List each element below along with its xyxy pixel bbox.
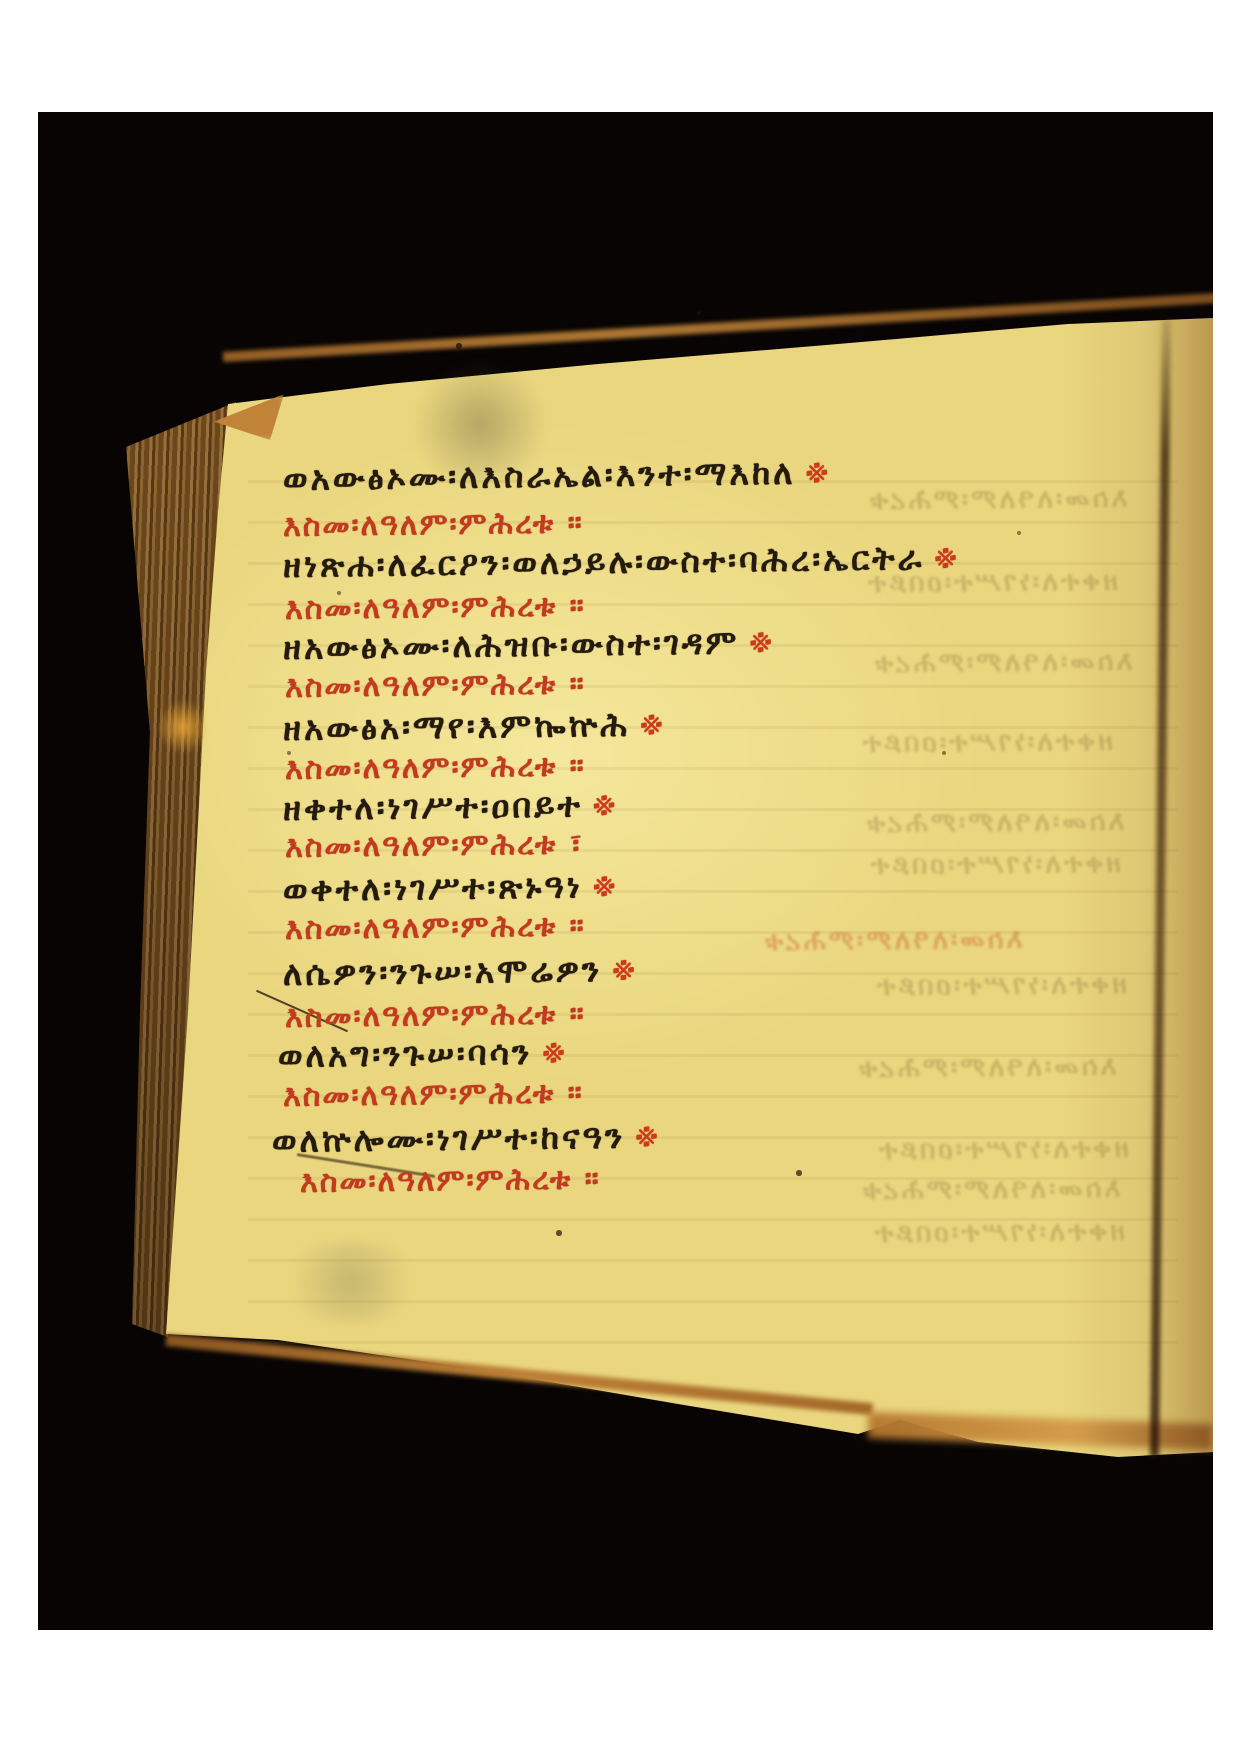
bleed-through-line: ዘቀተለ፡ነገሥተ፡ዐበይተ bbox=[872, 1216, 1125, 1250]
bleed-through-line: እስመ፡ለዓለም፡ምሕረቱ bbox=[864, 806, 1125, 840]
section-cross-mark: ፠ bbox=[583, 785, 619, 824]
section-cross-mark: ፠ bbox=[532, 1032, 568, 1071]
section-cross-mark: ፠ bbox=[795, 452, 831, 491]
line-text: ዘአውፅአ፡ማየ፡እምኰኵሕ bbox=[283, 705, 631, 748]
line-text: እስመ፡ለዓለም፡ምሕረቱ ። bbox=[285, 996, 586, 1035]
bleed-through-line: ዘቀተለ፡ነገሥተ፡ዐበይተ bbox=[876, 1133, 1129, 1167]
stain bbox=[160, 697, 206, 757]
text-line: ዘአውፅአ፡ማየ፡እምኰኵሕ፠ bbox=[283, 707, 666, 746]
text-line: እስመ፡ለዓለም፡ምሕረቱ ፣ bbox=[285, 828, 584, 863]
line-text: እስመ፡ለዓለም፡ምሕረቱ ። bbox=[283, 505, 584, 544]
text-line: ዘቀተለ፡ነገሥተ፡ዐበይተ፠ bbox=[283, 788, 619, 827]
stain bbox=[276, 1242, 426, 1322]
line-text: እስመ፡ለዓለም፡ምሕረቱ ። bbox=[285, 748, 586, 787]
text-line: ወአውፅኦሙ፡ለእስራኤል፡እንተ፡ማእከለ፠ bbox=[283, 455, 832, 496]
text-line: እስመ፡ለዓለም፡ምሕረቱ ። bbox=[285, 750, 586, 785]
line-text: ለሴዎን፡ንጉሠ፡አሞሬዎን bbox=[283, 950, 603, 993]
text-line: እስመ፡ለዓለም፡ምሕረቱ ። bbox=[285, 668, 586, 703]
section-cross-mark: ፠ bbox=[583, 866, 619, 905]
bleed-through-line: እስመ፡ለዓለም፡ምሕረቱ bbox=[867, 483, 1128, 517]
line-text: እስመ፡ለዓለም፡ምሕረቱ ። bbox=[283, 1075, 584, 1114]
section-cross-mark: ፠ bbox=[602, 950, 638, 989]
text-line: ዘአውፅኦሙ፡ለሕዝቡ፡ውስተ፡ገዳም፠ bbox=[283, 625, 775, 666]
section-cross-mark: ፠ bbox=[739, 622, 775, 661]
screenshot-canvas: እስመ፡ለዓለም፡ምሕረቱ ዘቀተለ፡ነገሥተ፡ዐበይተ እስመ፡ለዓለም፡ምሕ… bbox=[0, 0, 1238, 1753]
line-text: ዘአውፅኦሙ፡ለሕዝቡ፡ውስተ፡ገዳም bbox=[283, 622, 740, 667]
text-line: እስመ፡ለዓለም፡ምሕረቱ ። bbox=[300, 1163, 601, 1198]
bleed-through-line: እስመ፡ለዓለም፡ምሕረቱ bbox=[872, 646, 1133, 680]
bleed-through-line: እስመ፡ለዓለም፡ምሕረቱ bbox=[860, 1173, 1121, 1207]
line-text: ወለኵሎሙ፡ነገሥተ፡ከናዓን bbox=[272, 1117, 626, 1160]
bleed-through-line: እስመ፡ለዓለም፡ምሕረቱ bbox=[762, 924, 1023, 958]
text-line: ዘነጽሐ፡ለፈርዖን፡ወለኃይሉ፡ውስተ፡ባሕረ፡ኤርትራ፠ bbox=[283, 541, 960, 584]
line-text: ዘነጽሐ፡ለፈርዖን፡ወለኃይሉ፡ውስተ፡ባሕረ፡ኤርትራ bbox=[283, 538, 925, 585]
text-line: ወቀተለ፡ነገሥተ፡ጽኑዓነ፠ bbox=[283, 869, 619, 908]
text-line: ለሴዎን፡ንጉሠ፡አሞሬዎን፠ bbox=[283, 953, 638, 992]
text-line: እስመ፡ለዓለም፡ምሕረቱ ። bbox=[283, 507, 584, 542]
bleed-through-line: ዘቀተለ፡ነገሥተ፡ዐበይተ bbox=[860, 726, 1113, 760]
text-line: ወለኵሎሙ፡ነገሥተ፡ከናዓን፠ bbox=[272, 1119, 661, 1158]
section-cross-mark: ፠ bbox=[625, 1116, 661, 1155]
text-line: እስመ፡ለዓለም፡ምሕረቱ ። bbox=[285, 910, 586, 945]
bleed-through-line: ዘቀተለ፡ነገሥተ፡ዐበይተ bbox=[868, 848, 1121, 882]
line-text: እስመ፡ለዓለም፡ምሕረቱ ። bbox=[285, 908, 586, 947]
line-text: እስመ፡ለዓለም፡ምሕረቱ ፣ bbox=[285, 826, 584, 865]
line-text: እስመ፡ለዓለም፡ምሕረቱ ። bbox=[285, 588, 586, 627]
text-line: እስመ፡ለዓለም፡ምሕረቱ ። bbox=[283, 1077, 584, 1112]
section-cross-mark: ፠ bbox=[630, 704, 666, 743]
text-line: እስመ፡ለዓለም፡ምሕረቱ ። bbox=[285, 590, 586, 625]
line-text: ዘቀተለ፡ነገሥተ፡ዐበይተ bbox=[283, 785, 583, 828]
line-text: እስመ፡ለዓለም፡ምሕረቱ ። bbox=[285, 666, 586, 705]
line-text: ወለአግ፡ንጉሠ፡ባሳን bbox=[278, 1033, 533, 1075]
line-text: ወአውፅኦሙ፡ለእስራኤል፡እንተ፡ማእከለ bbox=[283, 453, 796, 498]
section-cross-mark: ፠ bbox=[924, 538, 960, 577]
bleed-through-line: ዘቀተለ፡ነገሥተ፡ዐበይተ bbox=[874, 969, 1127, 1003]
text-line: ወለአግ፡ንጉሠ፡ባሳን፠ bbox=[278, 1035, 568, 1073]
photo-frame: እስመ፡ለዓለም፡ምሕረቱ ዘቀተለ፡ነገሥተ፡ዐበይተ እስመ፡ለዓለም፡ምሕ… bbox=[38, 112, 1213, 1630]
bleed-through-line: እስመ፡ለዓለም፡ምሕረቱ bbox=[856, 1051, 1117, 1085]
line-text: እስመ፡ለዓለም፡ምሕረቱ ። bbox=[300, 1161, 601, 1200]
ink-specks bbox=[38, 112, 40, 114]
text-line: እስመ፡ለዓለም፡ምሕረቱ ። bbox=[285, 998, 586, 1033]
line-text: ወቀተለ፡ነገሥተ፡ጽኑዓነ bbox=[283, 866, 583, 909]
